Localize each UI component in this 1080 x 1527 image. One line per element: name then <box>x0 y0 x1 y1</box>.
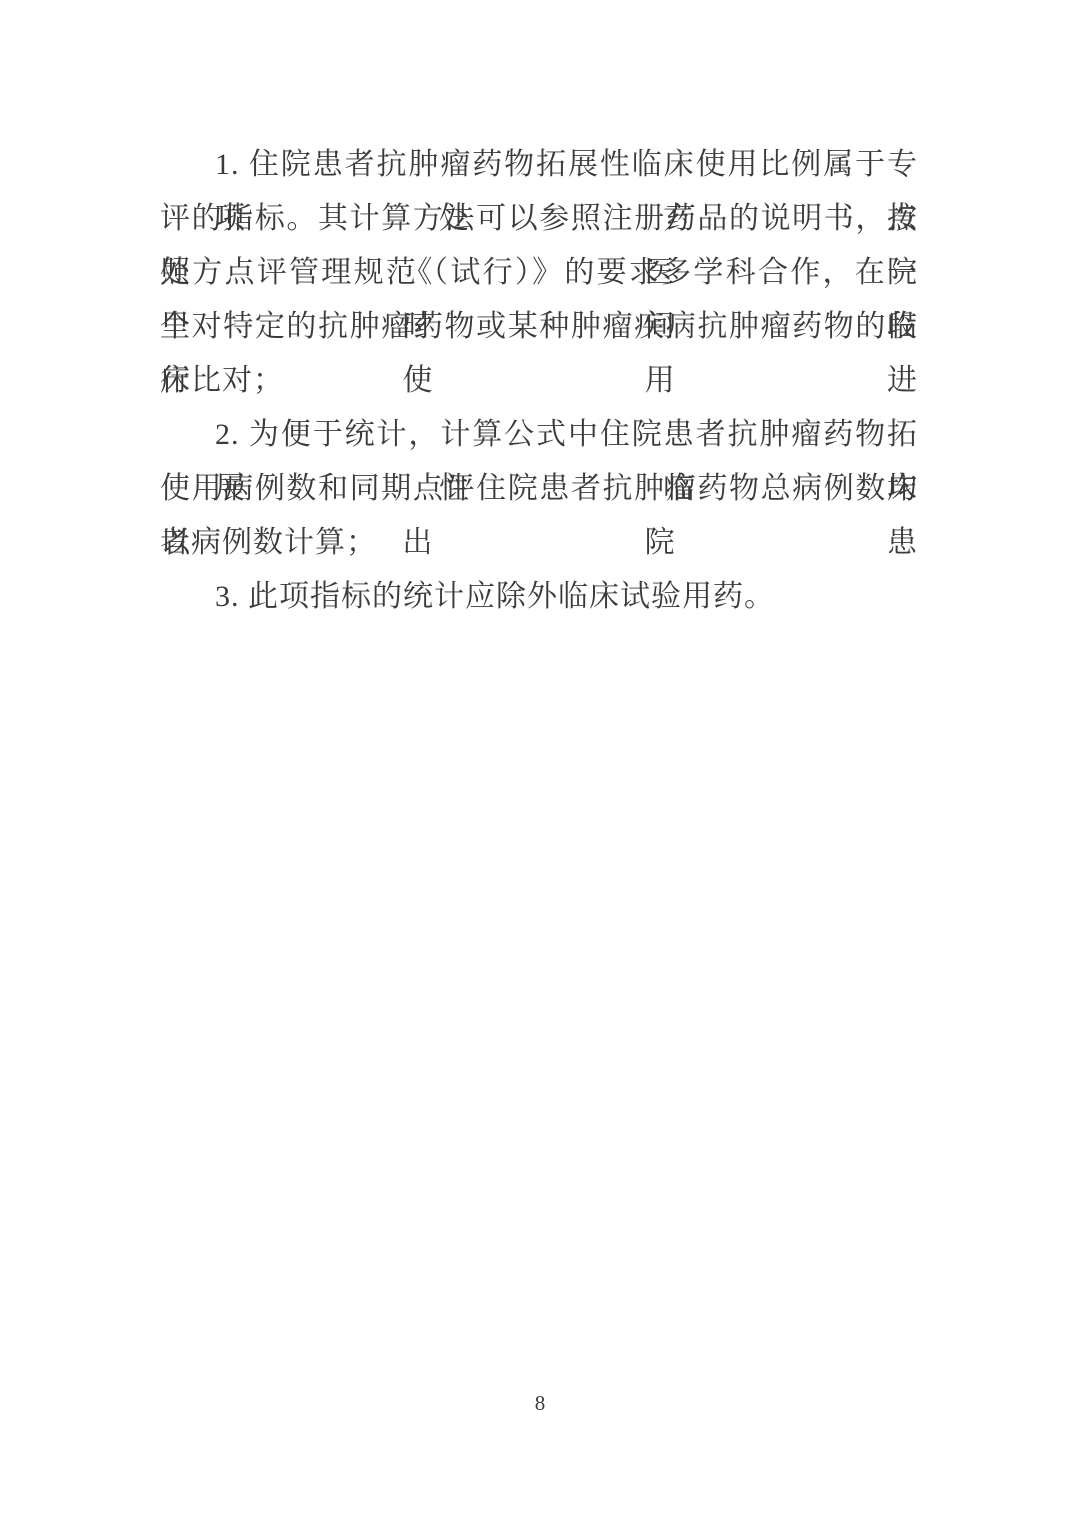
paragraph-2: 2. 为便于统计，计算公式中住院患者抗肿瘤药物拓展性临床 使用病例数和同期点评住… <box>160 408 918 570</box>
paragraph-1: 1. 住院患者抗肿瘤药物拓展性临床使用比例属于专项处方点 评的指标。其计算方法可… <box>160 138 918 408</box>
text-line: 使用病例数和同期点评住院患者抗肿瘤药物总病例数均以出院患 <box>160 462 918 516</box>
text-line: 里对特定的抗肿瘤药物或某种肿瘤疾病抗肿瘤药物的临床使用进 <box>160 300 918 354</box>
text-line: 2. 为便于统计，计算公式中住院患者抗肿瘤药物拓展性临床 <box>160 408 918 462</box>
paragraph-3: 3. 此项指标的统计应除外临床试验用药。 <box>160 570 918 624</box>
text-line: 3. 此项指标的统计应除外临床试验用药。 <box>160 570 918 624</box>
text-line: 1. 住院患者抗肿瘤药物拓展性临床使用比例属于专项处方点 <box>160 138 918 192</box>
text-line: 处方点评管理规范（试行）》的要求多学科合作，在一个时间段 <box>160 246 918 300</box>
page-number: 8 <box>0 1391 1080 1415</box>
text-line: 评的指标。其计算方法可以参照注册药品的说明书，按照《医院 <box>160 192 918 246</box>
document-page: 1. 住院患者抗肿瘤药物拓展性临床使用比例属于专项处方点 评的指标。其计算方法可… <box>0 0 1080 1527</box>
text-block: 1. 住院患者抗肿瘤药物拓展性临床使用比例属于专项处方点 评的指标。其计算方法可… <box>160 138 918 624</box>
